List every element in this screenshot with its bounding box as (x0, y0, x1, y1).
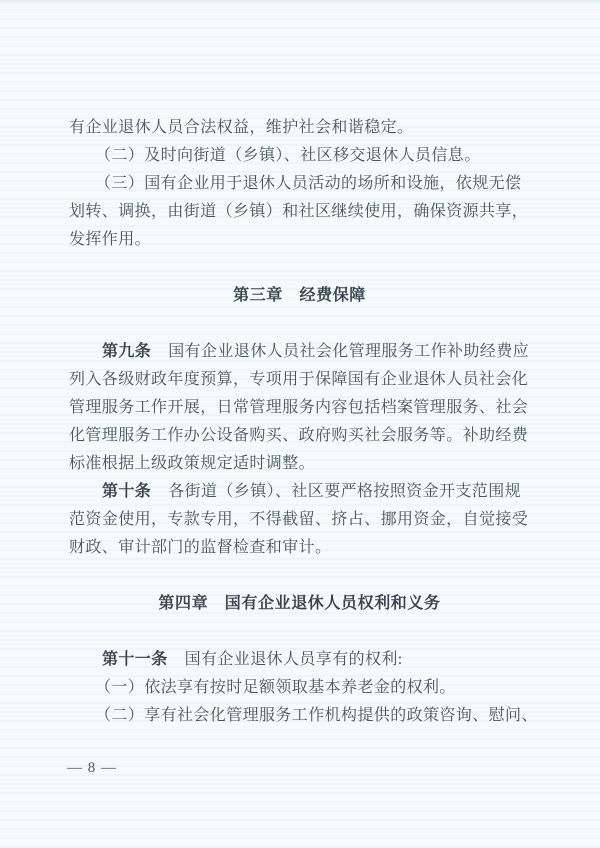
paragraph-continuation-line: 有企业退休人员合法权益，维护社会和谐稳定。 (69, 114, 530, 142)
list-item-3-line-1: （三）国有企业用于退休人员活动的场所和设施，依规无偿 (69, 170, 530, 198)
article-11-item-1: （一）依法享有按时足额领取基本养老金的权利。 (69, 674, 530, 702)
article-9-line-3: 管理服务工作开展，日常管理服务内容包括档案管理服务、社会 (69, 394, 530, 422)
article-10-text-start: 各街道（乡镇）、社区要严格按照资金开支范围规 (168, 483, 521, 500)
article-11-text-start: 国有企业退休人员享有的权利: (185, 651, 403, 668)
document-body: 有企业退休人员合法权益，维护社会和谐稳定。 （二）及时向街道（乡镇）、社区移交退… (69, 114, 530, 730)
chapter-3-heading: 第三章 经费保障 (69, 282, 530, 310)
article-11-number: 第十一条 (102, 651, 168, 668)
article-11-item-2: （二）享有社会化管理服务工作机构提供的政策咨询、慰问、 (69, 702, 530, 730)
article-10-line-1: 第十条各街道（乡镇）、社区要严格按照资金开支范围规 (69, 478, 530, 506)
page-number: — 8 — (67, 754, 117, 782)
list-item-3-line-3: 发挥作用。 (69, 226, 530, 254)
article-10-line-3: 财政、审计部门的监督检查和审计。 (69, 534, 530, 562)
article-10-line-2: 范资金使用，专款专用，不得截留、挤占、挪用资金，自觉接受 (69, 506, 530, 534)
article-11-line-1: 第十一条国有企业退休人员享有的权利: (69, 646, 530, 674)
article-9-text-start: 国有企业退休人员社会化管理服务工作补助经费应 (168, 343, 529, 360)
document-page: 有企业退休人员合法权益，维护社会和谐稳定。 （二）及时向街道（乡镇）、社区移交退… (0, 0, 600, 848)
article-9-number: 第九条 (102, 343, 151, 360)
article-9-line-4: 化管理服务工作办公设备购买、政府购买社会服务等。补助经费 (69, 422, 530, 450)
article-9-line-2: 列入各级财政年度预算，专项用于保障国有企业退休人员社会化 (69, 366, 530, 394)
article-10-number: 第十条 (102, 483, 151, 500)
list-item-2: （二）及时向街道（乡镇）、社区移交退休人员信息。 (69, 142, 530, 170)
article-9-line-1: 第九条国有企业退休人员社会化管理服务工作补助经费应 (69, 338, 530, 366)
article-9-line-5: 标准根据上级政策规定适时调整。 (69, 450, 530, 478)
chapter-4-heading: 第四章 国有企业退休人员权利和义务 (69, 590, 530, 618)
list-item-3-line-2: 划转、调换，由街道（乡镇）和社区继续使用，确保资源共享， (69, 198, 530, 226)
